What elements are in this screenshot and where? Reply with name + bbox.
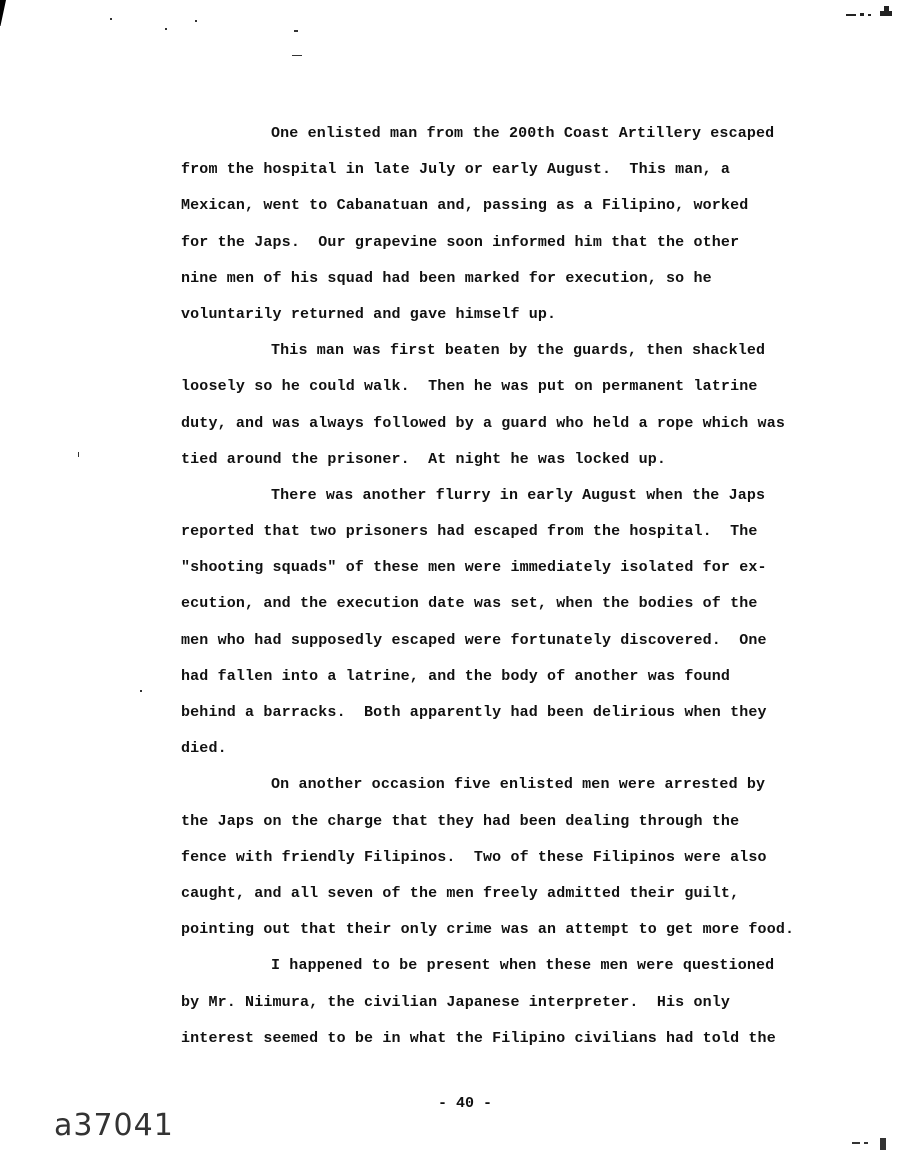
- text-line: had fallen into a latrine, and the body …: [181, 659, 801, 695]
- text-line: by Mr. Niimura, the civilian Japanese in…: [181, 985, 801, 1021]
- text-line: caught, and all seven of the men freely …: [181, 876, 801, 912]
- scan-speck: [294, 30, 298, 32]
- text-line: tied around the prisoner. At night he wa…: [181, 442, 801, 478]
- scan-edge-mark: [0, 0, 6, 26]
- scan-speck: [195, 20, 197, 22]
- text-line: for the Japs. Our grapevine soon informe…: [181, 225, 801, 261]
- text-line: There was another flurry in early August…: [181, 478, 801, 514]
- text-line: ecution, and the execution date was set,…: [181, 586, 801, 622]
- scan-corner-mark-bottom-right: [852, 1138, 892, 1152]
- text-line: On another occasion five enlisted men we…: [181, 767, 801, 803]
- text-line: "shooting squads" of these men were imme…: [181, 550, 801, 586]
- text-line: nine men of his squad had been marked fo…: [181, 261, 801, 297]
- scan-corner-mark-top-right: [846, 4, 894, 16]
- scan-speck: [140, 690, 142, 692]
- text-line: One enlisted man from the 200th Coast Ar…: [181, 116, 801, 152]
- text-line: died.: [181, 731, 801, 767]
- text-line: Mexican, went to Cabanatuan and, passing…: [181, 188, 801, 224]
- text-line: reported that two prisoners had escaped …: [181, 514, 801, 550]
- text-line: from the hospital in late July or early …: [181, 152, 801, 188]
- text-line: fence with friendly Filipinos. Two of th…: [181, 840, 801, 876]
- text-line: duty, and was always followed by a guard…: [181, 406, 801, 442]
- text-line: loosely so he could walk. Then he was pu…: [181, 369, 801, 405]
- document-body: One enlisted man from the 200th Coast Ar…: [181, 116, 801, 1057]
- text-line: the Japs on the charge that they had bee…: [181, 804, 801, 840]
- scan-speck: [165, 28, 167, 30]
- text-line: voluntarily returned and gave himself up…: [181, 297, 801, 333]
- text-line: behind a barracks. Both apparently had b…: [181, 695, 801, 731]
- scan-speck: [78, 452, 79, 457]
- scan-speck: [110, 18, 112, 20]
- text-line: interest seemed to be in what the Filipi…: [181, 1021, 801, 1057]
- handwritten-archive-number: a37041: [54, 1108, 174, 1143]
- text-line: men who had supposedly escaped were fort…: [181, 623, 801, 659]
- text-line: I happened to be present when these men …: [181, 948, 801, 984]
- document-page: One enlisted man from the 200th Coast Ar…: [0, 0, 900, 1166]
- text-line: This man was first beaten by the guards,…: [181, 333, 801, 369]
- scan-speck: [292, 55, 302, 56]
- text-line: pointing out that their only crime was a…: [181, 912, 801, 948]
